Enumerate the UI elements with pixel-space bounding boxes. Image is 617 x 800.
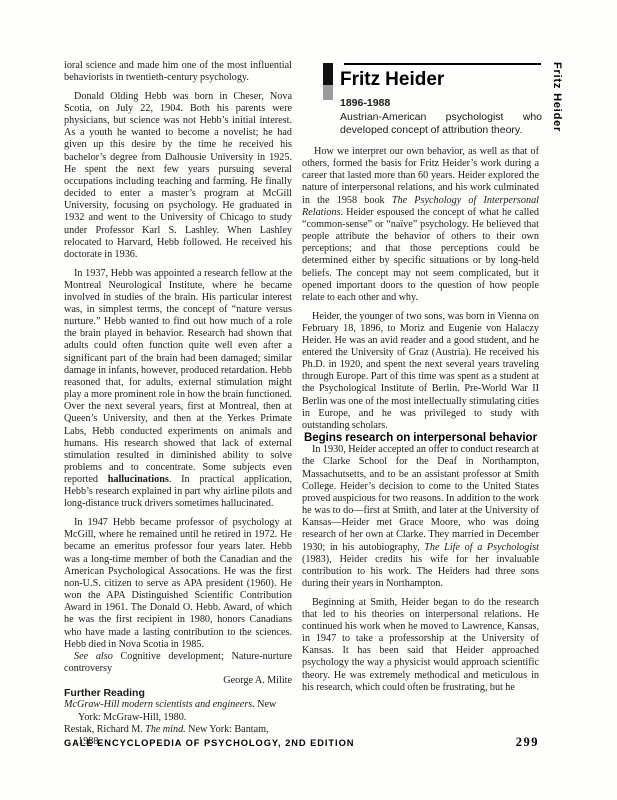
article-dates: 1896-1988 <box>340 97 539 109</box>
body-paragraph: How we interpret our own behavior, as we… <box>302 146 539 304</box>
page-number: 299 <box>516 735 539 750</box>
body-paragraph: In 1947 Hebb became professor of psychol… <box>64 517 292 651</box>
see-also-reference: See also Cognitive development; Nature-n… <box>64 651 292 675</box>
reference-entry: McGraw-Hill modern scientists and engine… <box>64 699 292 723</box>
body-paragraph: Beginning at Smith, Heider began to do t… <box>302 597 539 694</box>
author-signature: George A. Milite <box>64 675 292 687</box>
article-subtitle: Austrian-American psychologist who devel… <box>340 111 542 136</box>
body-paragraph: Heider, the younger of two sons, was bor… <box>302 311 539 433</box>
body-paragraph: In 1937, Hebb was appointed a research f… <box>64 268 292 511</box>
article-title: Fritz Heider <box>340 56 539 90</box>
footer-book-title: GALE ENCYCLOPEDIA OF PSYCHOLOGY, 2ND EDI… <box>64 738 354 748</box>
page-footer: GALE ENCYCLOPEDIA OF PSYCHOLOGY, 2ND EDI… <box>64 735 539 750</box>
further-reading-heading: Further Reading <box>64 687 292 699</box>
body-paragraph: Donald Olding Hebb was born in Cheser, N… <box>64 91 292 261</box>
title-rule <box>344 63 541 65</box>
section-heading: Begins research on interpersonal behavio… <box>302 432 539 444</box>
title-marker-icon <box>323 63 333 100</box>
body-paragraph: ioral science and made him one of the mo… <box>64 60 292 84</box>
encyclopedia-page: ioral science and made him one of the mo… <box>0 0 617 800</box>
left-column: ioral science and made him one of the mo… <box>64 60 292 748</box>
article-header: Fritz Heider 1896-1988 Austrian-American… <box>302 56 539 146</box>
right-column: Fritz Heider 1896-1988 Austrian-American… <box>302 56 539 694</box>
body-paragraph: In 1930, Heider accepted an offer to con… <box>302 444 539 590</box>
page-edge-tab: Fritz Heider <box>551 62 563 132</box>
